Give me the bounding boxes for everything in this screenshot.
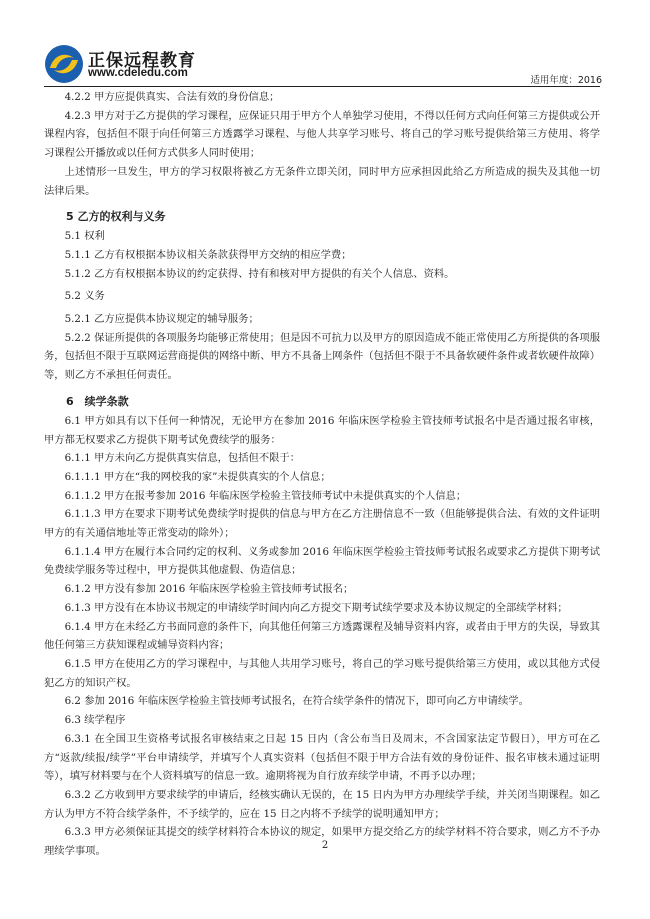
clause-5-1-1: 5.1.1 乙方有权根据本协议相关条款获得甲方交纳的相应学费；: [44, 246, 600, 265]
clause-5-1: 5.1 权利: [44, 227, 600, 246]
clause-6-1-1-1: 6.1.1.1 甲方在“我的网校我的家”未提供真实的个人信息；: [44, 468, 600, 487]
clause-5-1-2: 5.1.2 乙方有权根据本协议的约定获得、持有和核对甲方提供的有关个人信息、资料…: [44, 265, 600, 284]
clause-6-1-1-2: 6.1.1.2 甲方在报考参加 2016 年临床医学检验主管技师考试中未提供真实…: [44, 487, 600, 506]
clause-6-1-1-3: 6.1.1.3 甲方在要求下期考试免费续学时提供的信息与甲方在乙方注册信息不一致…: [44, 505, 600, 542]
clause-consequence: 上述情形一旦发生，甲方的学习权限将被乙方无条件立即关闭，同时甲方应承担因此给乙方…: [44, 163, 600, 200]
page-number: 2: [0, 840, 650, 851]
clause-6-1-1: 6.1.1 甲方未向乙方提供真实信息，包括但不限于：: [44, 449, 600, 468]
applicable-year: 适用年度：2016: [530, 72, 602, 86]
clause-6-3-1: 6.3.1 在全国卫生资格考试报名审核结束之日起 15 日内（含公布当日及周末，…: [44, 730, 600, 786]
clause-5-2-2: 5.2.2 保证所提供的各项服务均能够正常使用；但是因不可抗力以及甲方的原因造成…: [44, 329, 600, 385]
clause-6-1-2: 6.1.2 甲方没有参加 2016 年临床医学检验主管技师考试报名；: [44, 580, 600, 599]
clause-6-3-2: 6.3.2 乙方收到甲方要求续学的申请后，经核实确认无误的，在 15 日内为甲方…: [44, 786, 600, 823]
clause-5-2-1: 5.2.1 乙方应提供本协议规定的辅导服务；: [44, 310, 600, 329]
header-divider: [44, 86, 600, 87]
document-body: 4.2.2 甲方应提供真实、合法有效的身份信息； 4.2.3 甲方对于乙方提供的…: [44, 88, 600, 861]
clause-4-2-3: 4.2.3 甲方对于乙方提供的学习课程，应保证只用于甲方个人单独学习使用，不得以…: [44, 107, 600, 163]
clause-6-1-5: 6.1.5 甲方在使用乙方的学习课程中，与其他人共用学习账号，将自己的学习账号提…: [44, 655, 600, 692]
clause-6-1: 6.1 甲方如具有以下任何一种情况，无论甲方在参加 2016 年临床医学检验主管…: [44, 412, 600, 449]
cdeledu-logo-icon: [44, 44, 84, 84]
section-5-heading: 5 乙方的权利与义务: [44, 207, 600, 227]
section-6-heading: 6 续学条款: [44, 392, 600, 412]
clause-6-1-4: 6.1.4 甲方在未经乙方书面同意的条件下，向其他任何第三方透露课程及辅导资料内…: [44, 618, 600, 655]
clause-6-2: 6.2 参加 2016 年临床医学检验主管技师考试报名，在符合续学条件的情况下，…: [44, 692, 600, 711]
clause-5-2: 5.2 义务: [44, 287, 600, 306]
clause-6-1-1-4: 6.1.1.4 甲方在履行本合同约定的权利、义务或参加 2016 年临床医学检验…: [44, 543, 600, 580]
clause-6-3: 6.3 续学程序: [44, 711, 600, 730]
clause-4-2-2: 4.2.2 甲方应提供真实、合法有效的身份信息；: [44, 88, 600, 107]
page-header: 正保远程教育 www.cdeledu.com 适用年度：2016: [44, 44, 614, 88]
brand-url: www.cdeledu.com: [88, 67, 188, 79]
clause-6-1-3: 6.1.3 甲方没有在本协议书规定的申请续学时间内向乙方提交下期考试续学要求及本…: [44, 599, 600, 618]
